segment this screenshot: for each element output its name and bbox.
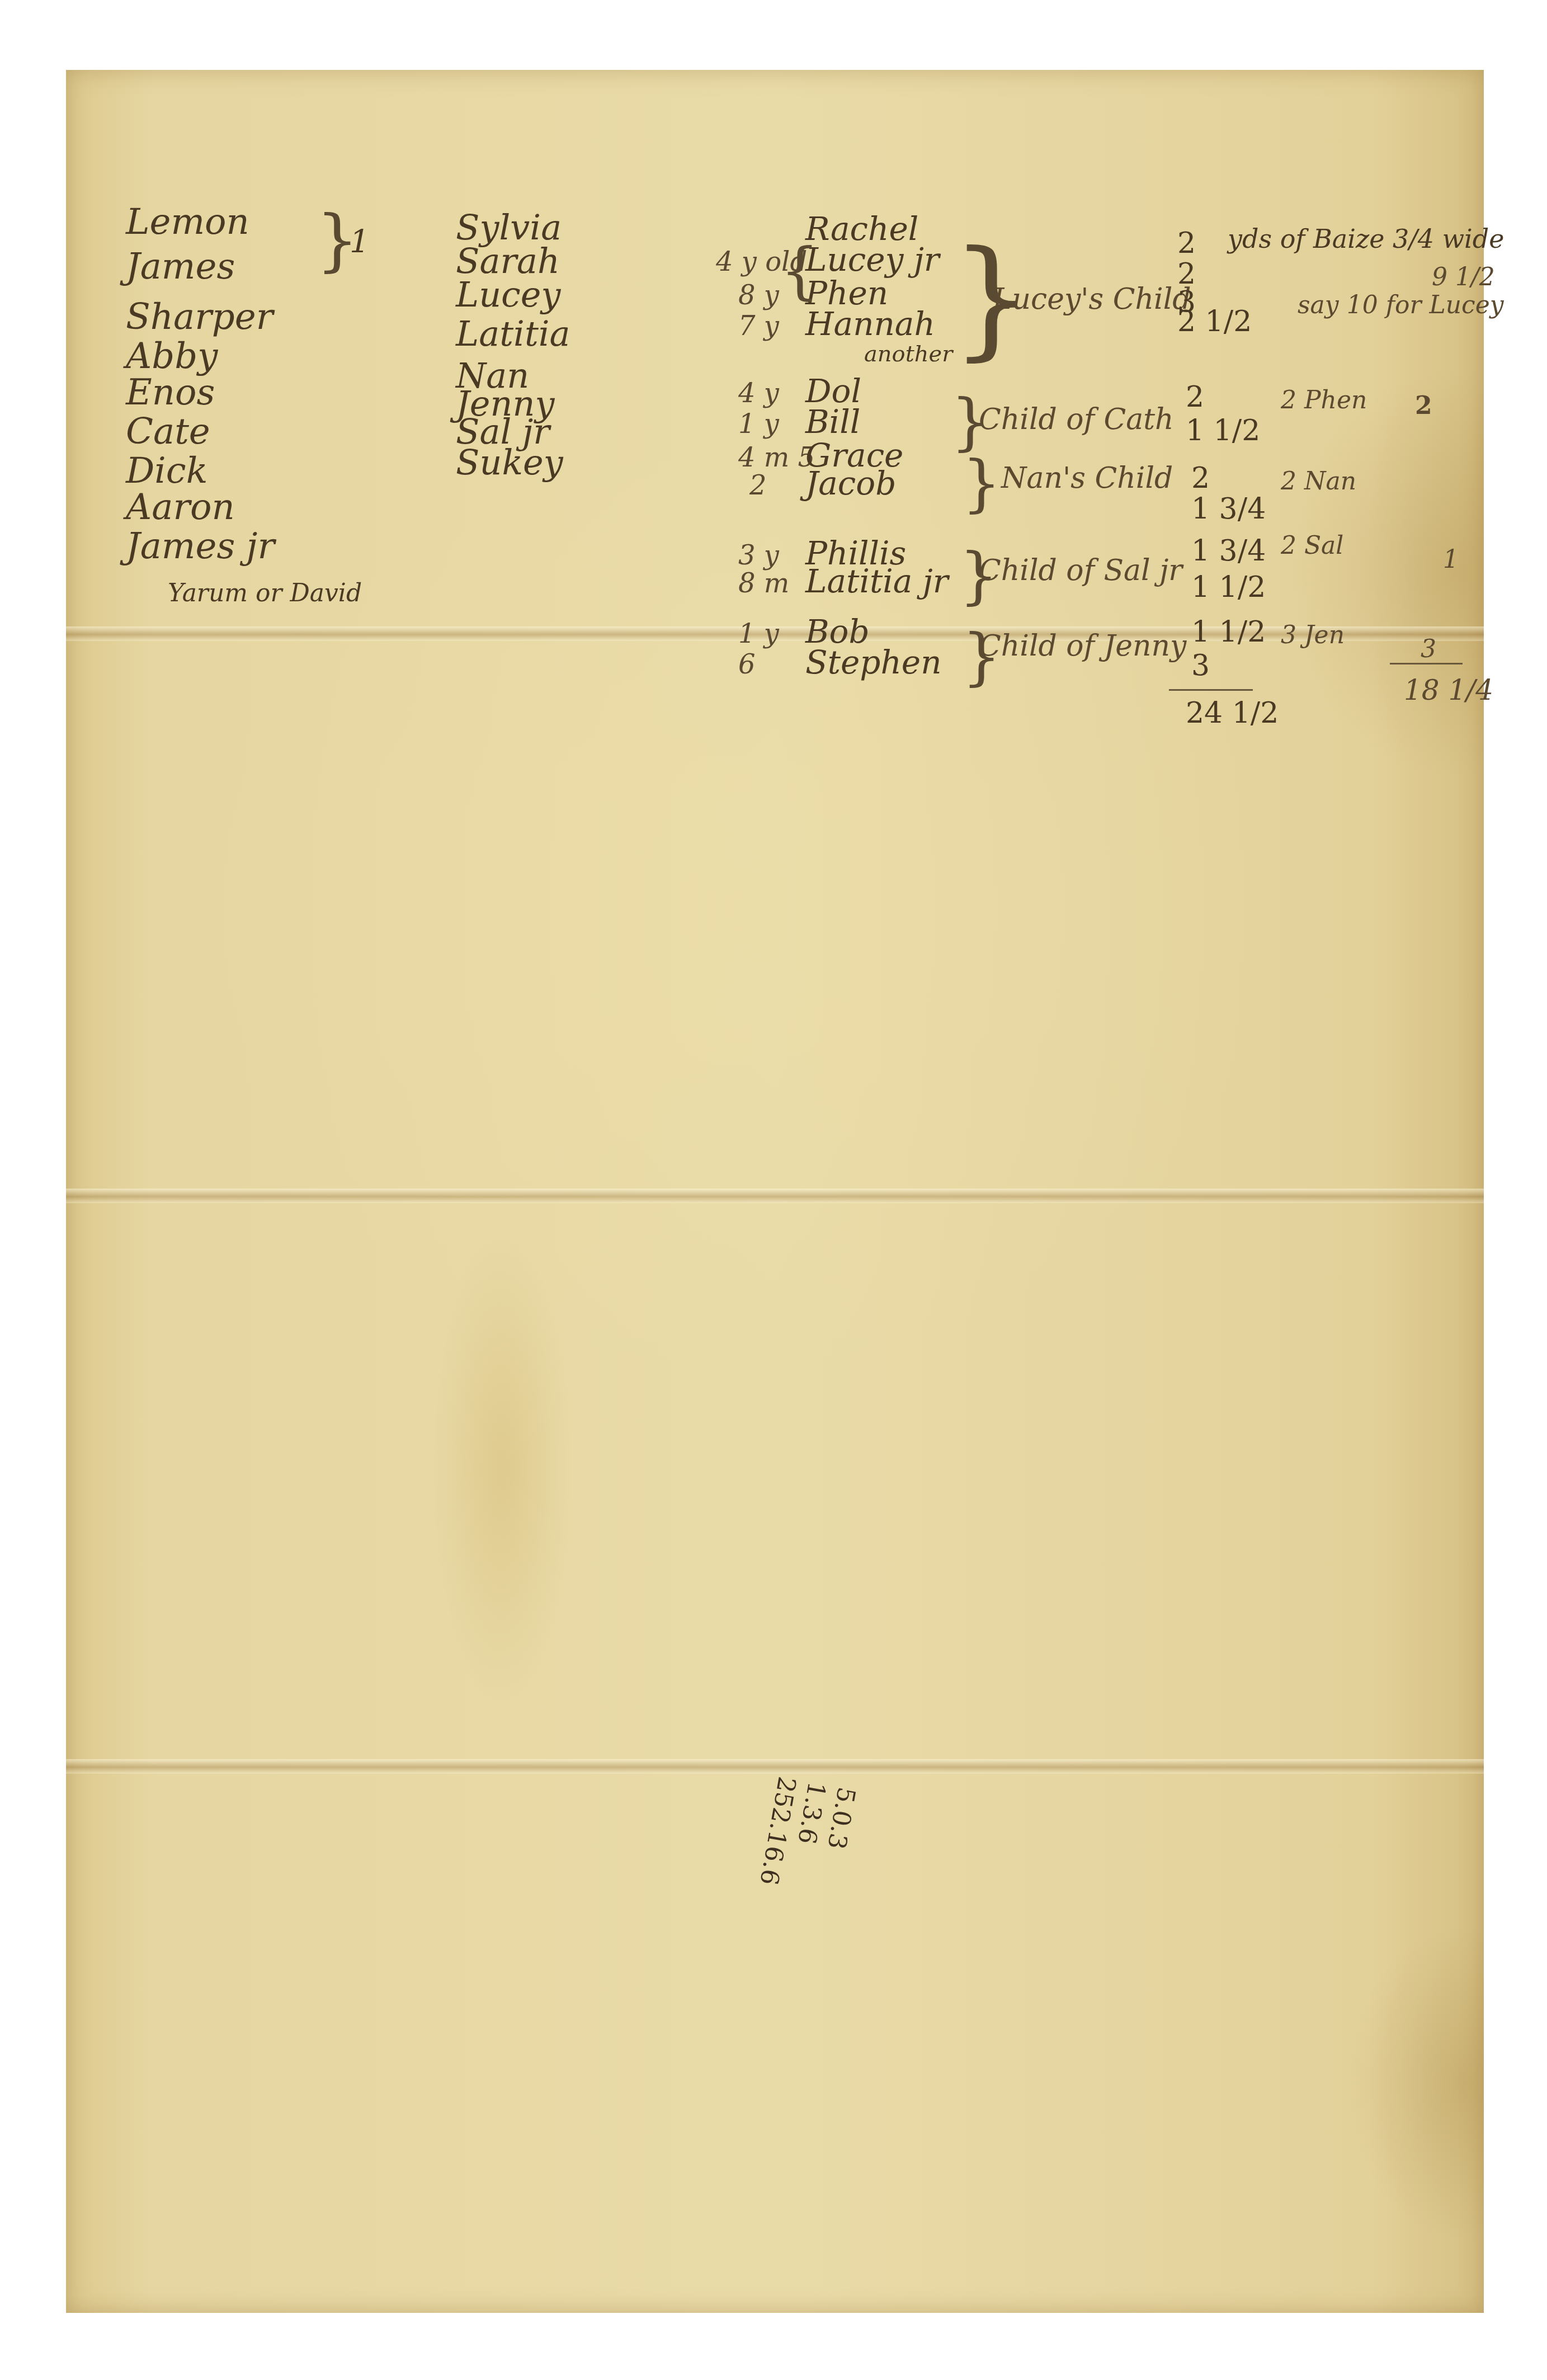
yard-value: 1 1/2 (1191, 615, 1266, 649)
yard-value: 1 1/2 (1186, 414, 1260, 447)
yard-value: 3 (1191, 649, 1210, 682)
sum-rule (1390, 663, 1463, 664)
right-value: 9 1/2 (1432, 263, 1495, 291)
yard-value: 2 (1177, 227, 1196, 260)
right-note: 3 Jen (1281, 621, 1345, 649)
yard-value: 2 (1191, 461, 1210, 495)
yard-value: 2 (1186, 380, 1204, 414)
name-entry: Yarum or David (168, 579, 362, 607)
bracket-value: 1 (350, 224, 370, 260)
name-entry: Lemon (126, 201, 249, 243)
child-name: Lucey jr (805, 241, 940, 279)
group-note: Nan's Child (1001, 461, 1173, 495)
child-age: 8 m (738, 568, 789, 599)
name-entry: Dick (126, 450, 207, 492)
child-name: Jacob (805, 464, 896, 502)
name-entry: Latitia (456, 313, 570, 354)
child-name: Hannah (805, 305, 935, 343)
yards-total: 24 1/2 (1186, 696, 1279, 730)
name-entry: James jr (126, 526, 275, 567)
bracket: } (962, 447, 1001, 519)
child-age: 7 y (738, 310, 779, 342)
child-name: Bill (805, 403, 860, 441)
yard-value: 1 3/4 (1191, 534, 1266, 568)
right-total: 18 1/4 (1404, 674, 1493, 706)
right-note: say 10 for Lucey (1298, 291, 1504, 319)
right-value: 2 (1415, 392, 1432, 420)
name-entry: Lucey (456, 274, 561, 315)
group-note: Child of Jenny (979, 629, 1186, 663)
child-name: Stephen (805, 643, 942, 681)
bracket: { (780, 235, 819, 307)
child-name: Latitia jr (805, 562, 949, 600)
right-value: 3 (1421, 635, 1436, 663)
fold-line (66, 1189, 1484, 1203)
name-entry: Cate (126, 411, 210, 453)
right-note: 2 Phen (1281, 386, 1367, 414)
group-note: Child of Sal jr (979, 554, 1182, 587)
name-entry: Sharper (126, 296, 273, 338)
yard-value: 1 3/4 (1191, 492, 1266, 526)
fold-line (66, 1759, 1484, 1774)
child-name: another (864, 341, 952, 367)
child-age: 1 y (738, 618, 779, 649)
child-age: 1 y (738, 408, 779, 440)
child-age: 4 m 5 (738, 442, 815, 473)
child-age: 8 y (738, 280, 779, 311)
child-age: 3 y (738, 540, 779, 571)
name-entry: Sukey (456, 442, 563, 483)
right-note: 2 Nan (1281, 467, 1356, 496)
child-age: 2 (749, 470, 767, 501)
name-entry: James (126, 246, 235, 288)
name-entry: Abby (126, 336, 218, 377)
child-age: 4 y (738, 378, 779, 409)
name-entry: Aaron (126, 487, 235, 528)
sum-rule (1169, 689, 1253, 691)
group-note: Child of Cath (979, 403, 1174, 436)
right-value: 1 (1443, 545, 1459, 574)
rotated-figures: 5.0.3 1.3.6 252.16.6 (753, 1774, 861, 1898)
yard-value: 1 1/2 (1191, 571, 1266, 604)
name-entry: Enos (126, 372, 215, 413)
right-note: 2 Sal (1281, 531, 1343, 560)
group-note: Lucey's Child (993, 282, 1191, 316)
yard-value: 2 1/2 (1177, 305, 1252, 338)
header-note: yds of Baize 3/4 wide (1228, 224, 1504, 254)
child-age: 6 (738, 649, 756, 680)
